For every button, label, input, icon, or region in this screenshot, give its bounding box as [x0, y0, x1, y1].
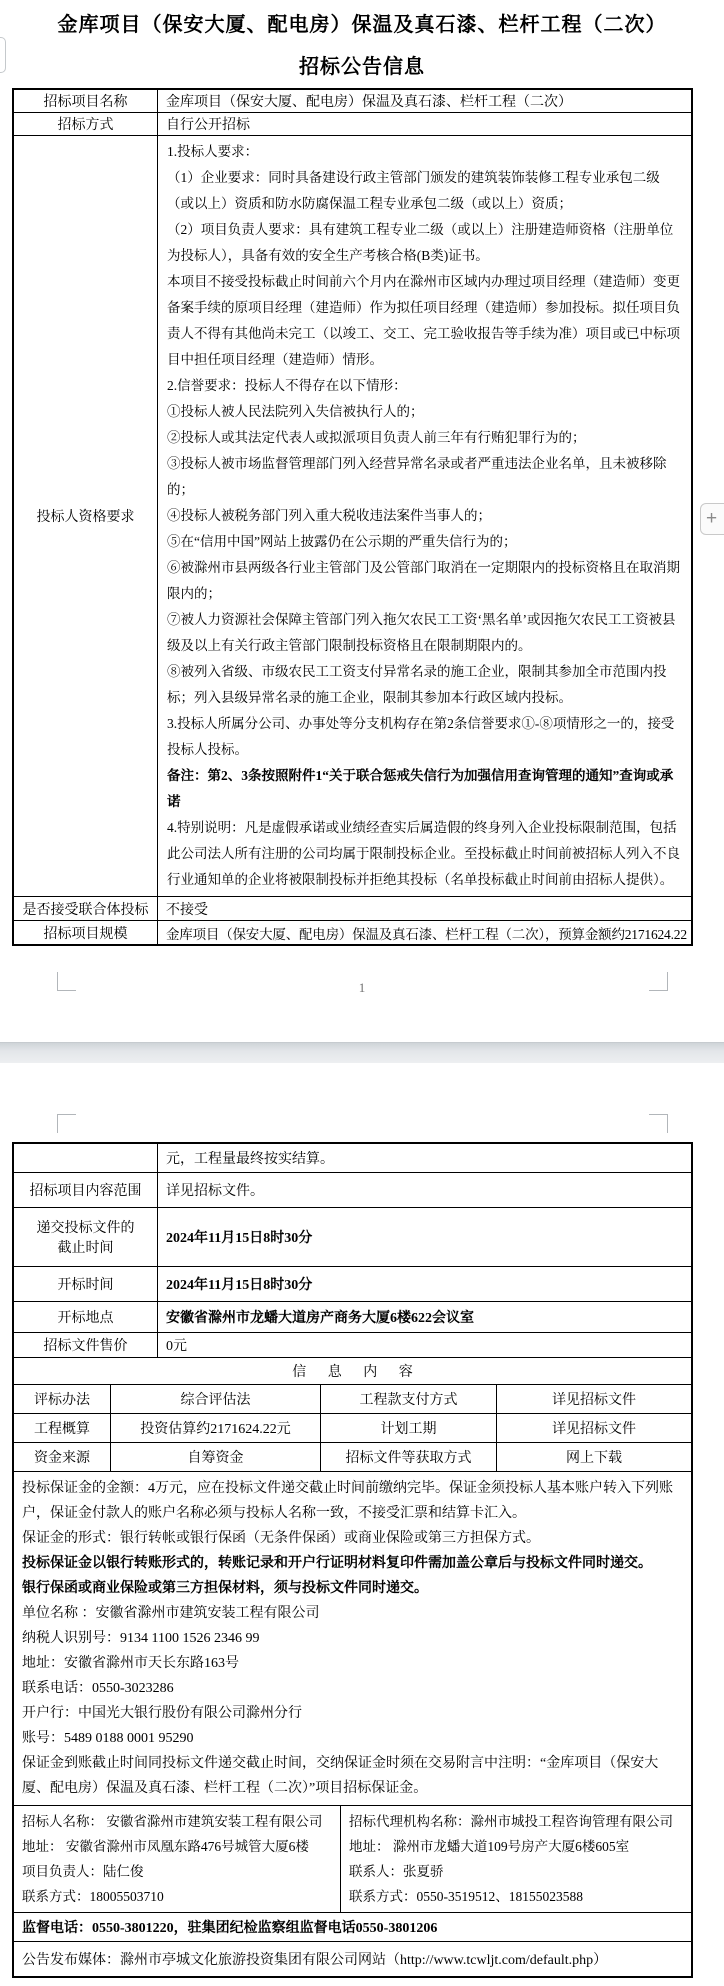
row-value: 金库项目（保安大厦、配电房）保温及真石漆、栏杆工程（二次），预算金额约21716…: [157, 921, 691, 944]
table-row: 招标文件售价 0元: [14, 1332, 691, 1357]
label-line: 截止时间: [58, 1237, 114, 1257]
paragraph: 1.投标人要求：: [167, 139, 683, 165]
row-label: 递交投标文件的 截止时间: [14, 1208, 157, 1266]
page-number: 1: [0, 980, 724, 996]
row-label: 开标地点: [14, 1302, 157, 1332]
announcement-table: 招标项目名称 金库项目（保安大厦、配电房）保温及真石漆、栏杆工程（二次） 招标方…: [12, 88, 693, 946]
row-value: 不接受: [157, 897, 691, 920]
agency-contact: 招标代理机构名称：滁州市城投工程咨询管理有限公司 地址： 滁州市龙蟠大道109号…: [340, 1806, 691, 1912]
table-row: 元，工程量最终按实结算。: [14, 1144, 691, 1172]
margin-corner-mark: [57, 1114, 76, 1133]
paragraph: 投标保证金以银行转账形式的，转账记录和开户行证明材料复印件需加盖公章后与投标文件…: [22, 1551, 683, 1576]
info-grid-row: 评标办法 综合评估法 工程款支付方式 详见招标文件: [14, 1384, 691, 1413]
grid-cell: 招标文件等获取方式: [320, 1443, 496, 1471]
document-title-line2: 招标公告信息: [0, 50, 724, 79]
grid-cell: 评标办法: [14, 1385, 110, 1413]
paragraph: 银行保函或商业保险或第三方担保材料，须与投标文件同时递交。: [22, 1576, 683, 1601]
row-label: 是否接受联合体投标: [14, 897, 157, 920]
qualification-row: 投标人资格要求 1.投标人要求： （1）企业要求：同时具备建设行政主管部门颁发的…: [14, 135, 691, 896]
paragraph: 保证金到账截止时间同投标文件递交截止时间，交纳保证金时须在交易附言中注明：“金库…: [22, 1751, 683, 1801]
row-value: 安徽省滁州市龙蟠大道房产商务大厦6楼622会议室: [157, 1302, 691, 1332]
contact-line: 联系方式：0550-3519512、18155023588: [349, 1884, 683, 1909]
document-title-line1: 金库项目（保安大厦、配电房）保温及真石漆、栏杆工程（二次）: [0, 8, 724, 37]
table-row: 招标项目规模 金库项目（保安大厦、配电房）保温及真石漆、栏杆工程（二次），预算金…: [14, 920, 691, 944]
grid-cell: 详见招标文件: [496, 1385, 691, 1413]
note-paragraph: 备注：第2、3条按照附件1“关于联合惩戒失信行为加强信用查询管理的通知”查询或承…: [167, 763, 683, 815]
table-row: 开标时间 2024年11月15日8时30分: [14, 1266, 691, 1301]
paragraph: ②投标人或其法定代表人或拟派项目负责人前三年有行贿犯罪行为的；: [167, 425, 683, 451]
paragraph: 投标保证金的金额：4万元，应在投标文件递交截止时间前缴纳完毕。保证金须投标人基本…: [22, 1476, 683, 1526]
contacts-row: 招标人名称： 安徽省滁州市建筑安装工程有限公司 地址： 安徽省滁州市凤凰东路47…: [14, 1805, 691, 1912]
paragraph: （2）项目负责人要求：具有建筑工程专业二级（或以上）注册建造师资格（注册单位为投…: [167, 217, 683, 269]
row-label: [14, 1144, 157, 1172]
row-label: 招标方式: [14, 113, 157, 135]
page-separator: [0, 1042, 724, 1063]
grid-cell: 工程概算: [14, 1414, 110, 1442]
document-page-2: 元，工程量最终按实结算。 招标项目内容范围 详见招标文件。 递交投标文件的 截止…: [0, 1063, 724, 1986]
paragraph: 账号：5489 0188 0001 95290: [22, 1726, 683, 1751]
paragraph: ④投标人被税务部门列入重大税收违法案件当事人的；: [167, 503, 683, 529]
paragraph: （1）企业要求：同时具备建设行政主管部门颁发的建筑装饰装修工程专业承包二级（或以…: [167, 165, 683, 217]
document-page-1: 金库项目（保安大厦、配电房）保温及真石漆、栏杆工程（二次） 招标公告信息 招标项…: [0, 0, 724, 1042]
grid-cell: 详见招标文件: [496, 1414, 691, 1442]
margin-corner-mark: [649, 1114, 668, 1133]
paragraph: ⑧被列入省级、市级农民工工资支付异常名录的施工企业，限制其参加全市范围内投标；列…: [167, 659, 683, 711]
row-value: 2024年11月15日8时30分: [157, 1208, 691, 1266]
paragraph: ⑥被滁州市县两级各行业主管部门及公管部门取消在一定期限内的投标资格且在取消期限内…: [167, 555, 683, 607]
table-row: 招标项目内容范围 详见招标文件。: [14, 1172, 691, 1207]
grid-cell: 计划工期: [320, 1414, 496, 1442]
table-row: 递交投标文件的 截止时间 2024年11月15日8时30分: [14, 1207, 691, 1266]
supervision-text: 监督电话：0550-3801220，驻集团纪检监察组监督电话0550-38012…: [14, 1913, 691, 1941]
table-row: 是否接受联合体投标 不接受: [14, 896, 691, 920]
row-value: 金库项目（保安大厦、配电房）保温及真石漆、栏杆工程（二次）: [157, 90, 691, 112]
row-value: 0元: [157, 1333, 691, 1357]
bidder-contact: 招标人名称： 安徽省滁州市建筑安装工程有限公司 地址： 安徽省滁州市凤凰东路47…: [14, 1806, 340, 1912]
paragraph: 2.信誉要求：投标人不得存在以下情形：: [167, 373, 683, 399]
info-grid-row: 工程概算 投资估算约2171624.22元 计划工期 详见招标文件: [14, 1413, 691, 1442]
row-value: 2024年11月15日8时30分: [157, 1267, 691, 1301]
paragraph: 地址：安徽省滁州市天长东路163号: [22, 1651, 683, 1676]
contact-line: 招标人名称： 安徽省滁州市建筑安装工程有限公司: [22, 1809, 332, 1834]
paragraph: 3.投标人所属分公司、办事处等分支机构存在第2条信誉要求①-⑧项情形之一的，接受…: [167, 711, 683, 763]
contact-line: 地址： 滁州市龙蟠大道109号房产大厦6楼605室: [349, 1834, 683, 1859]
supervision-row: 监督电话：0550-3801220，驻集团纪检监察组监督电话0550-38012…: [14, 1912, 691, 1941]
contact-line: 地址： 安徽省滁州市凤凰东路476号城管大厦6楼: [22, 1834, 332, 1859]
grid-cell: 投资估算约2171624.22元: [110, 1414, 320, 1442]
paragraph: 4.特别说明：凡是虚假承诺或业绩经查实后属造假的终身列入企业投标限制范围，包括此…: [167, 815, 683, 893]
label-line: 递交投标文件的: [37, 1217, 135, 1237]
row-label: 投标人资格要求: [14, 136, 157, 896]
qualification-text: 1.投标人要求： （1）企业要求：同时具备建设行政主管部门颁发的建筑装饰装修工程…: [157, 136, 691, 896]
paragraph: 保证金的形式：银行转帐或银行保函（无条件保函）或商业保险或第三方担保方式。: [22, 1526, 683, 1551]
row-label: 招标文件售价: [14, 1333, 157, 1357]
grid-cell: 综合评估法: [110, 1385, 320, 1413]
contact-line: 联系人：张夏骄: [349, 1859, 683, 1884]
table-row: 招标项目名称 金库项目（保安大厦、配电房）保温及真石漆、栏杆工程（二次）: [14, 90, 691, 112]
row-label: 招标项目内容范围: [14, 1173, 157, 1207]
contact-line: 项目负责人：陆仁俊: [22, 1859, 332, 1884]
row-value: 元，工程量最终按实结算。: [157, 1144, 691, 1172]
deposit-text: 投标保证金的金额：4万元，应在投标文件递交截止时间前缴纳完毕。保证金须投标人基本…: [14, 1472, 691, 1805]
contact-line: 招标代理机构名称：滁州市城投工程咨询管理有限公司: [349, 1809, 683, 1834]
contact-line: 联系方式：18005503710: [22, 1884, 332, 1909]
grid-cell: 自筹资金: [110, 1443, 320, 1471]
row-value: 详见招标文件。: [157, 1173, 691, 1207]
media-row: 公告发布媒体：滁州市亭城文化旅游投资集团有限公司网站（http://www.tc…: [14, 1941, 691, 1976]
row-value: 自行公开招标: [157, 113, 691, 135]
paragraph: 联系电话：0550-3023286: [22, 1676, 683, 1701]
paragraph: 本项目不接受投标截止时间前六个月内在滁州市区域内办理过项目经理（建造师）变更备案…: [167, 269, 683, 373]
plus-icon: +: [706, 508, 717, 529]
paragraph: 纳税人识别号：9134 1100 1526 2346 99: [22, 1626, 683, 1651]
deposit-row: 投标保证金的金额：4万元，应在投标文件递交截止时间前缴纳完毕。保证金须投标人基本…: [14, 1471, 691, 1805]
row-label: 招标项目名称: [14, 90, 157, 112]
paragraph: 单位名称 ：安徽省滁州市建筑安装工程有限公司: [22, 1601, 683, 1626]
grid-cell: 工程款支付方式: [320, 1385, 496, 1413]
paragraph: 开户行：中国光大银行股份有限公司滁州分行: [22, 1701, 683, 1726]
media-text: 公告发布媒体：滁州市亭城文化旅游投资集团有限公司网站（http://www.tc…: [14, 1942, 691, 1976]
info-grid-row: 资金来源 自筹资金 招标文件等获取方式 网上下载: [14, 1442, 691, 1471]
zoom-in-button[interactable]: +: [700, 503, 724, 535]
info-header: 信 息 内 容: [14, 1358, 691, 1384]
info-header-row: 信 息 内 容: [14, 1357, 691, 1384]
row-label: 开标时间: [14, 1267, 157, 1301]
grid-cell: 资金来源: [14, 1443, 110, 1471]
paragraph: ③投标人被市场监督管理部门列入经营异常名录或者严重违法企业名单，且未被移除的；: [167, 451, 683, 503]
paragraph: ⑦被人力资源社会保障主管部门列入拖欠农民工工资‘黑名单’或因拖欠农民工工资被县级…: [167, 607, 683, 659]
announcement-table-continued: 元，工程量最终按实结算。 招标项目内容范围 详见招标文件。 递交投标文件的 截止…: [12, 1142, 693, 1978]
paragraph: ①投标人被人民法院列入失信被执行人的；: [167, 399, 683, 425]
table-row: 开标地点 安徽省滁州市龙蟠大道房产商务大厦6楼622会议室: [14, 1301, 691, 1332]
grid-cell: 网上下载: [496, 1443, 691, 1471]
row-label: 招标项目规模: [14, 921, 157, 944]
table-row: 招标方式 自行公开招标: [14, 112, 691, 135]
paragraph: ⑤在“信用中国”网站上披露仍在公示期的严重失信行为的；: [167, 529, 683, 555]
